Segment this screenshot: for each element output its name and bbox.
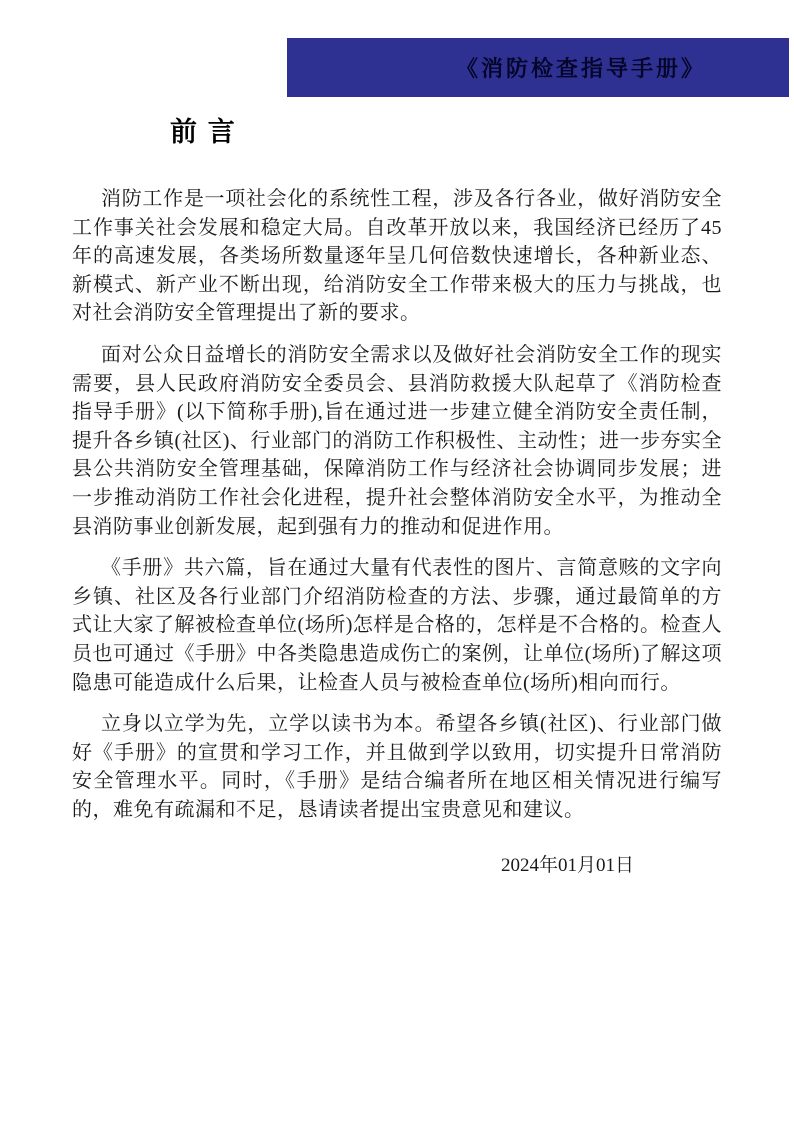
document-page: 《消防检查指导手册》 前 言 消防工作是一项社会化的系统性工程，涉及各行各业，做… <box>0 0 794 1122</box>
document-title: 《消防检查指导手册》 <box>456 52 706 83</box>
preface-paragraph-1: 消防工作是一项社会化的系统性工程，涉及各行各业，做好消防安全工作事关社会发展和稳… <box>72 185 722 328</box>
document-body: 前 言 消防工作是一项社会化的系统性工程，涉及各行各业，做好消防安全工作事关社会… <box>72 112 722 880</box>
preface-paragraph-4: 立身以立学为先，立学以读书为本。希望各乡镇(社区)、行业部门做好《手册》的宣贯和… <box>72 710 722 824</box>
document-date: 2024年01月01日 <box>72 852 722 880</box>
preface-paragraph-3: 《手册》共六篇，旨在通过大量有代表性的图片、言简意赅的文字向乡镇、社区及各行业部… <box>72 554 722 697</box>
header-banner: 《消防检查指导手册》 <box>287 38 789 97</box>
section-heading-preface: 前 言 <box>170 115 722 149</box>
preface-paragraph-2: 面对公众日益增长的消防安全需求以及做好社会消防安全工作的现实需要，县人民政府消防… <box>72 341 722 541</box>
